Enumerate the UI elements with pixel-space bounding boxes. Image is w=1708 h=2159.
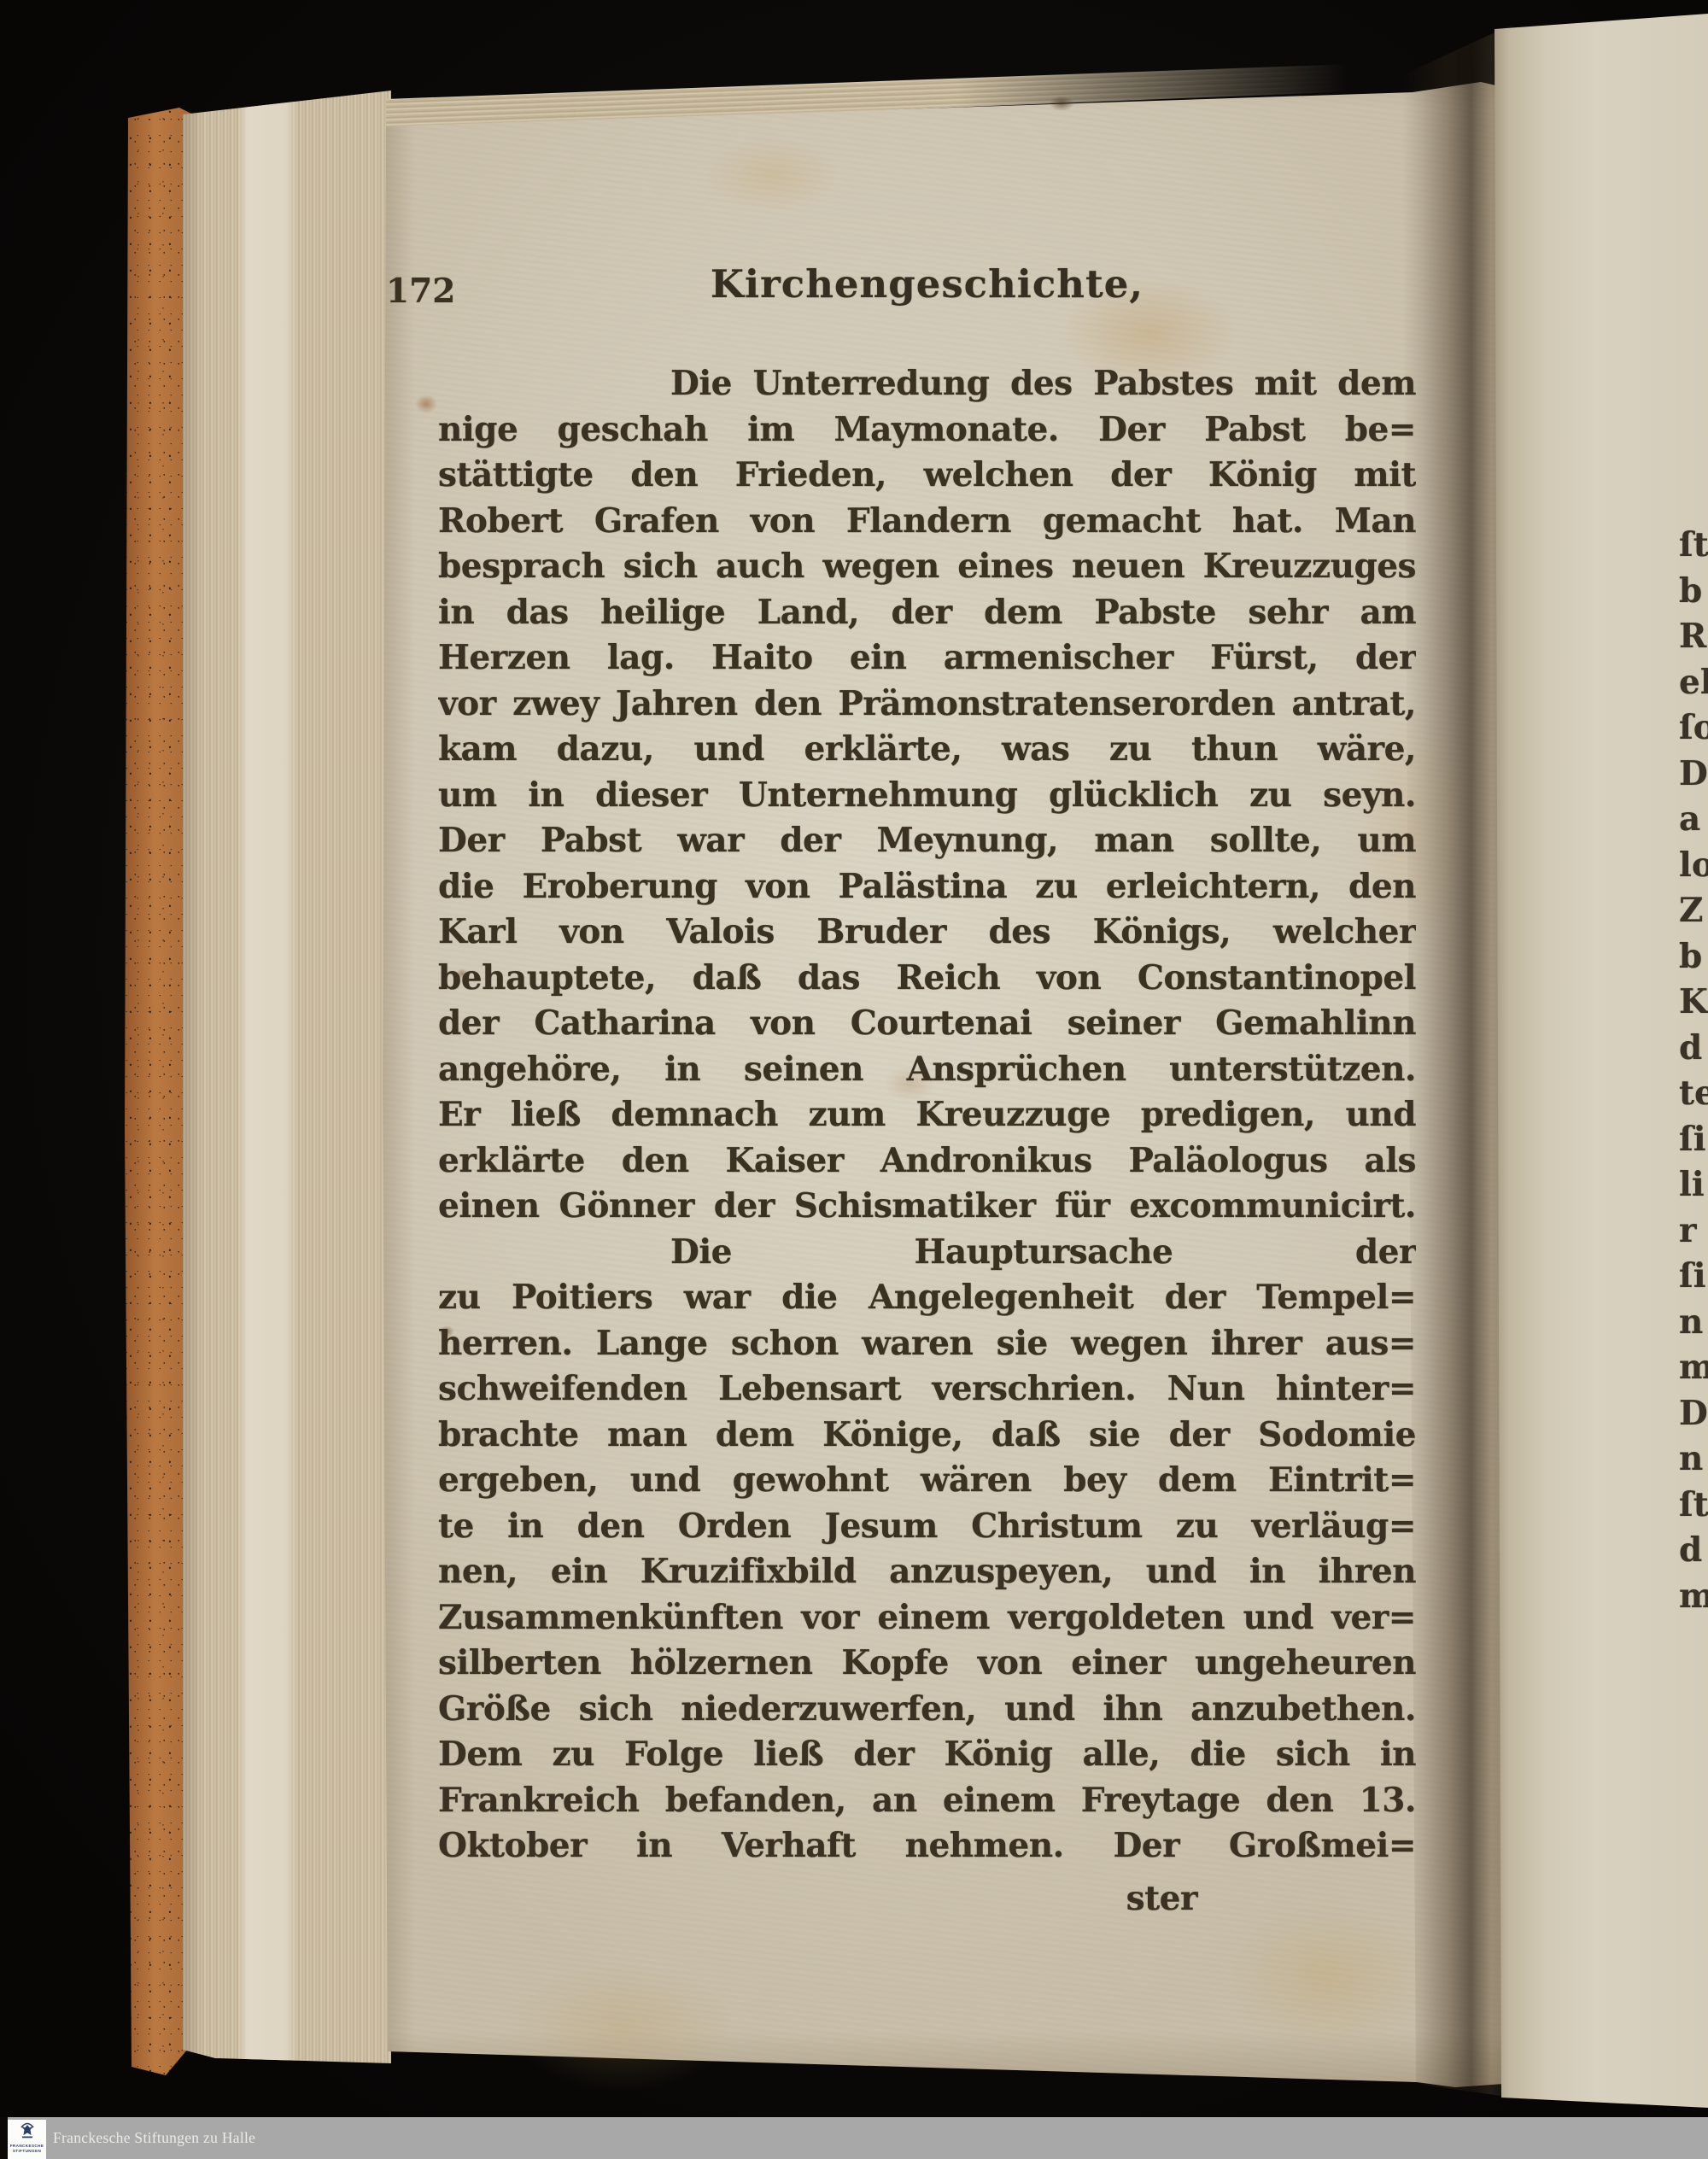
facing-page-line-fragment: b <box>1679 934 1708 980</box>
facing-page-line-fragment: te <box>1679 1071 1708 1117</box>
facing-page-line-fragment: D <box>1679 1391 1708 1437</box>
text-line: brachte man dem Könige, daß sie der Sodo… <box>438 1413 1416 1459</box>
text-line: Der Pabst war der Meynung, man sollte, u… <box>438 818 1416 864</box>
text-line: Er ließ demnach zum Kreuzzuge predigen, … <box>438 1092 1416 1138</box>
facing-page-line-fragment: a <box>1679 797 1708 843</box>
text-line: der Catharina von Courtenai seiner Gemah… <box>438 1001 1416 1047</box>
text-line: silberten hölzernen Kopfe von einer unge… <box>438 1641 1416 1687</box>
facing-page-line-fragment: ſo <box>1679 705 1708 752</box>
institution-logo: FRANCKESCHE STIFTUNGEN <box>8 2120 46 2159</box>
text-line: kam dazu, und erklärte, was zu thun wäre… <box>438 727 1416 773</box>
text-line: Frankreich befanden, an einem Freytage d… <box>438 1778 1416 1824</box>
facing-page-line-fragment: d <box>1679 1026 1708 1072</box>
paper-stain <box>705 137 841 214</box>
text-line: Die Hauptursache der Zusammentretung <box>438 1230 1416 1276</box>
catchword: ster <box>438 1876 1416 1922</box>
text-line: Oktober in Verhaft nehmen. Der Großmei= <box>438 1823 1416 1869</box>
text-line: besprach sich auch wegen eines neuen Kre… <box>438 544 1416 590</box>
viewer-footer-bar <box>8 2117 1708 2159</box>
text-line: Karl von Valois Bruder des Königs, welch… <box>438 910 1416 956</box>
text-line: angehöre, in seinen Ansprüchen unterstüt… <box>438 1047 1416 1093</box>
facing-page-text-fragments: ſt b R el ſo D a lo Z b K d te ſi li r ſ… <box>1679 523 1708 1667</box>
paper-stain <box>512 1964 734 2092</box>
facing-page <box>1494 14 1708 2108</box>
text-line: erklärte den Kaiser Andronikus Paläologu… <box>438 1138 1416 1185</box>
footer-caption: Franckesche Stiftungen zu Halle <box>53 2117 255 2159</box>
text-line: te in den Orden Jesum Christum zu verläu… <box>438 1504 1416 1550</box>
facing-page-line-fragment: r <box>1679 1208 1708 1255</box>
text-line: die Eroberung von Palästina zu erleichte… <box>438 864 1416 910</box>
francke-foundations-emblem-icon <box>16 2120 38 2144</box>
facing-page-line-fragment: m <box>1679 1345 1708 1391</box>
logo-text-line2: STIFTUNGEN <box>13 2149 41 2154</box>
running-title: Kirchengeschichte, <box>438 261 1416 307</box>
text-line: zu Poitiers war die Angelegenheit der Te… <box>438 1275 1416 1321</box>
text-line: herren. Lange schon waren sie wegen ihre… <box>438 1321 1416 1367</box>
facing-page-line-fragment: n <box>1679 1436 1708 1483</box>
text-line: Zusammenkünften vor einem vergoldeten un… <box>438 1595 1416 1641</box>
facing-page-line-fragment: li <box>1679 1162 1708 1208</box>
facing-page-line-fragment: n <box>1679 1300 1708 1346</box>
text-line: einen Gönner der Schismatiker für excomm… <box>438 1184 1416 1230</box>
facing-page-line-fragment: ſt <box>1679 1483 1708 1529</box>
paper-stain <box>1230 1904 1426 2050</box>
facing-page-line-fragment: ſt <box>1679 523 1708 569</box>
facing-page-line-fragment: Z <box>1679 888 1708 934</box>
text-line: Die Unterredung des Pabstes mit dem Kö= <box>438 361 1416 407</box>
facing-page-line-fragment: b <box>1679 569 1708 615</box>
text-line: um in dieser Unternehmung glücklich zu s… <box>438 773 1416 819</box>
text-line: nige geschah im Maymonate. Der Pabst be= <box>438 407 1416 453</box>
book-photo: 172 Kirchengeschichte, Die Unterredung d… <box>0 0 1708 2117</box>
text-line: ergeben, und gewohnt wären bey dem Eintr… <box>438 1458 1416 1504</box>
paper-stain <box>415 395 437 413</box>
text-line: behauptete, daß das Reich von Constantin… <box>438 956 1416 1002</box>
page-fore-edge <box>181 89 391 2063</box>
facing-page-line-fragment: d <box>1679 1528 1708 1574</box>
facing-page-line-fragment: el <box>1679 660 1708 706</box>
text-line: in das heilige Land, der dem Pabste sehr… <box>438 590 1416 636</box>
text-line: nen, ein Kruzifixbild anzuspeyen, und in… <box>438 1549 1416 1595</box>
text-line: Dem zu Folge ließ der König alle, die si… <box>438 1732 1416 1778</box>
text-line: schweifenden Lebensart verschrien. Nun h… <box>438 1366 1416 1413</box>
text-line: Herzen lag. Haito ein armenischer Fürst,… <box>438 635 1416 682</box>
text-line: vor zwey Jahren den Prämonstratenserorde… <box>438 682 1416 728</box>
facing-page-line-fragment: ſi <box>1679 1117 1708 1163</box>
facing-page-line-fragment: K <box>1679 980 1708 1026</box>
paper-stain <box>1049 96 1074 111</box>
facing-page-line-fragment: m <box>1679 1574 1708 1620</box>
facing-page-line-fragment: ſi <box>1679 1254 1708 1300</box>
facing-page-line-fragment: D <box>1679 752 1708 798</box>
text-line: Größe sich niederzuwerfen, und ihn anzub… <box>438 1687 1416 1733</box>
facing-page-line-fragment: R <box>1679 614 1708 660</box>
text-block: Die Unterredung des Pabstes mit dem Kö= … <box>438 361 1416 1922</box>
text-line: stättigte den Frieden, welchen der König… <box>438 453 1416 499</box>
text-line: Robert Grafen von Flandern gemacht hat. … <box>438 499 1416 545</box>
facing-page-line-fragment: lo <box>1679 843 1708 889</box>
